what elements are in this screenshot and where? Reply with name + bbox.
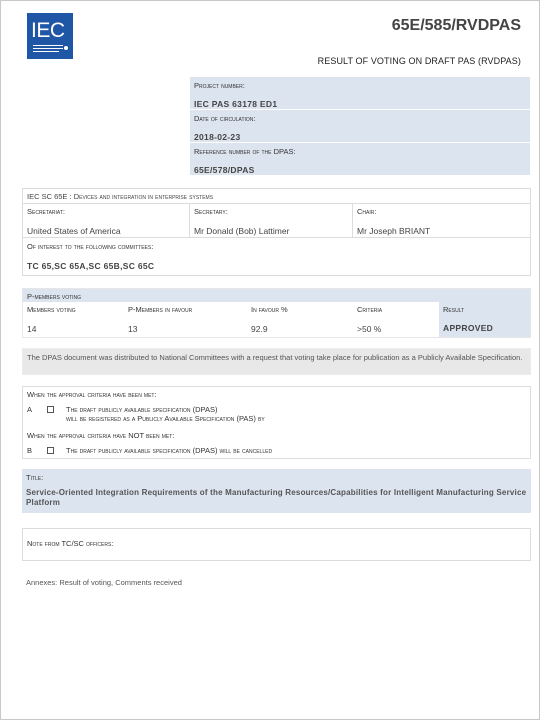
- option-a-letter: A: [27, 405, 47, 414]
- project-number-label: Project number:: [194, 81, 526, 90]
- interest-label: Of interest to the following committees:: [27, 242, 526, 251]
- in-favour-cell: P-Members in favour 13: [124, 302, 247, 337]
- percent-label: In favour %: [251, 305, 349, 314]
- members-voting-value: 14: [27, 324, 36, 334]
- secretary-label: Secretary:: [194, 207, 348, 216]
- criteria-label: Criteria: [357, 305, 435, 314]
- title-section: Title: Service-Oriented Integration Requ…: [22, 469, 531, 513]
- reference-label: Reference number of the DPAS:: [194, 147, 526, 156]
- voting-figures: Members voting 14 P-Members in favour 13…: [23, 302, 439, 337]
- option-a-line2: will be registered as a Publicly Availab…: [66, 414, 265, 423]
- document-title: RESULT OF VOTING ON DRAFT PAS (RVDPAS): [318, 56, 521, 66]
- option-a-line1: The draft publicly available specificati…: [66, 405, 217, 414]
- project-number-row: Project number: IEC PAS 63178 ED1: [190, 77, 530, 109]
- document-page: IEC 65E/585/RVDPAS RESULT OF VOTING ON D…: [0, 0, 540, 720]
- secretary-cell: Secretary: Mr Donald (Bob) Lattimer: [190, 204, 353, 237]
- secretariat-label: Secretariat:: [27, 207, 185, 216]
- in-favour-label: P-Members in favour: [128, 305, 243, 314]
- distribution-note: The DPAS document was distributed to Nat…: [22, 348, 531, 375]
- logo-dot-icon: [64, 46, 68, 50]
- reference-value: 65E/578/DPAS: [194, 165, 255, 175]
- title-value: Service-Oriented Integration Requirement…: [26, 488, 527, 508]
- percent-cell: In favour % 92.9: [247, 302, 353, 337]
- result-value: APPROVED: [443, 323, 493, 333]
- secretary-value: Mr Donald (Bob) Lattimer: [194, 226, 289, 236]
- logo-line-icon: [33, 45, 63, 46]
- criteria-not-met-label: When the approval criteria have NOT been…: [27, 431, 526, 440]
- chair-cell: Chair: Mr Joseph BRIANT: [353, 204, 530, 237]
- result-cell: Result APPROVED: [439, 302, 497, 339]
- committee-code: IEC SC 65E :: [27, 192, 74, 201]
- criteria-value: >50 %: [357, 324, 381, 334]
- logo-text: IEC: [31, 20, 65, 41]
- secretariat-cell: Secretariat: United States of America: [23, 204, 190, 237]
- option-b: B The draft publicly available specifica…: [27, 446, 526, 455]
- committee-section: IEC SC 65E : Devices and integration in …: [22, 188, 531, 276]
- committee-officers: Secretariat: United States of America Se…: [23, 204, 530, 238]
- note-label: Note from TC/SC officers:: [27, 539, 113, 548]
- in-favour-value: 13: [128, 324, 137, 334]
- voting-heading: P-members voting: [23, 289, 530, 302]
- interest-cell: Of interest to the following committees:…: [23, 238, 530, 275]
- voting-section: P-members voting Members voting 14 P-Mem…: [22, 288, 531, 338]
- option-a: A The draft publicly available specifica…: [27, 405, 526, 423]
- criteria-cell: Criteria >50 %: [353, 302, 439, 337]
- logo-line-icon: [33, 51, 59, 52]
- date-label: Date of circulation:: [194, 114, 526, 123]
- chair-value: Mr Joseph BRIANT: [357, 226, 430, 236]
- option-b-text: The draft publicly available specificati…: [66, 446, 272, 455]
- logo-line-icon: [33, 48, 63, 49]
- date-value: 2018-02-23: [194, 132, 240, 142]
- criteria-met-label: When the approval criteria have been met…: [27, 390, 526, 399]
- option-b-checkbox[interactable]: [47, 447, 54, 454]
- secretariat-value: United States of America: [27, 226, 121, 236]
- approval-criteria: When the approval criteria have been met…: [22, 386, 531, 459]
- chair-label: Chair:: [357, 207, 526, 216]
- date-row: Date of circulation: 2018-02-23: [190, 110, 530, 142]
- committee-name: Devices and integration in enterprise sy…: [74, 192, 213, 201]
- title-label: Title:: [26, 473, 527, 482]
- committee-heading: IEC SC 65E : Devices and integration in …: [23, 189, 530, 204]
- project-number-value: IEC PAS 63178 ED1: [194, 99, 277, 109]
- officers-note: Note from TC/SC officers:: [22, 528, 531, 561]
- document-number: 65E/585/RVDPAS: [392, 17, 521, 35]
- iec-logo: IEC: [27, 13, 73, 59]
- members-voting-label: Members voting: [27, 305, 120, 314]
- interest-value: TC 65,SC 65A,SC 65B,SC 65C: [27, 261, 154, 271]
- option-a-text: The draft publicly available specificati…: [66, 405, 265, 423]
- project-meta: Project number: IEC PAS 63178 ED1 Date o…: [190, 77, 530, 176]
- result-label: Result: [443, 305, 493, 314]
- annexes: Annexes: Result of voting, Comments rece…: [26, 578, 182, 587]
- option-b-letter: B: [27, 446, 47, 455]
- percent-value: 92.9: [251, 324, 268, 334]
- option-a-checkbox[interactable]: [47, 406, 54, 413]
- reference-row: Reference number of the DPAS: 65E/578/DP…: [190, 143, 530, 175]
- members-voting-cell: Members voting 14: [23, 302, 124, 337]
